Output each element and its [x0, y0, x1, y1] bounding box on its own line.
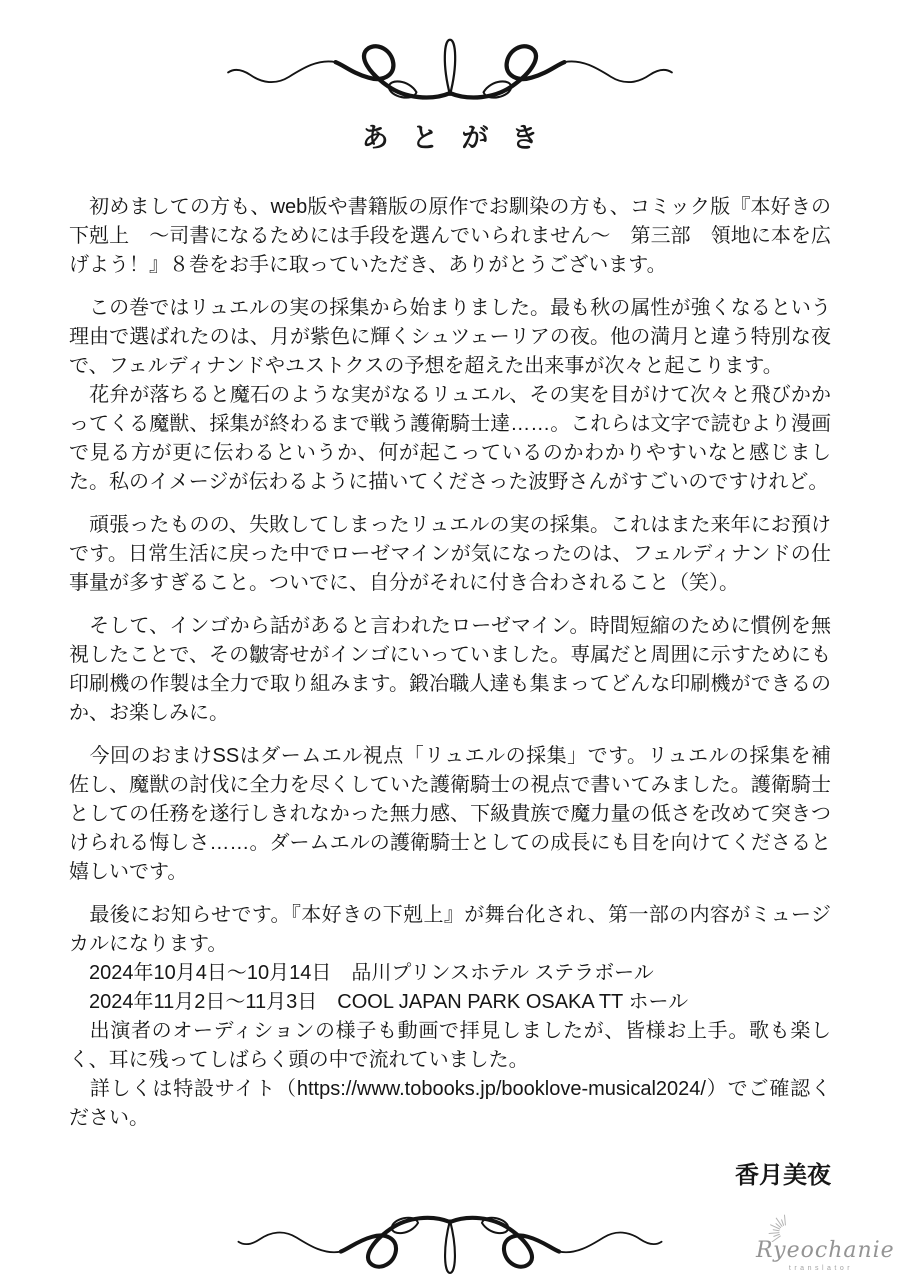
top-flourish-ornament [0, 0, 900, 112]
paragraph: 花弁が落ちると魔石のような実がなるリュエル、その実を目がけて次々と飛びかかってく… [69, 381, 831, 497]
author-name: 香月美夜 [69, 1155, 831, 1190]
paragraph-group: 初めましての方も、web版や書籍版の原作でお馴染の方も、コミック版『本好きの下剋… [69, 193, 831, 280]
flourish-swirl-graphic [215, 26, 685, 112]
paragraph-group: そして、インゴから話があると言われたローゼマイン。時間短縮のために慣例を無視した… [69, 612, 831, 728]
announcement-block: 最後にお知らせです。『本好きの下剋上』が舞台化され、第一部の内容がミュージカルに… [69, 901, 831, 1133]
paragraph: 初めましての方も、web版や書籍版の原作でお馴染の方も、コミック版『本好きの下剋… [69, 193, 831, 280]
flourish-swirl-graphic [225, 1204, 675, 1280]
translator-watermark: Ryeochanie translator [756, 1218, 886, 1272]
paragraph: 出演者のオーディションの様子も動画で拝見しましたが、皆様お上手。歌も楽しく、耳に… [69, 1017, 831, 1075]
paragraph: 最後にお知らせです。『本好きの下剋上』が舞台化され、第一部の内容がミュージカルに… [69, 901, 831, 959]
page-title: あとがき [0, 116, 900, 155]
paragraph: そして、インゴから話があると言われたローゼマイン。時間短縮のために慣例を無視した… [69, 612, 831, 728]
afterword-text: 初めましての方も、web版や書籍版の原作でお馴染の方も、コミック版『本好きの下剋… [69, 193, 831, 1133]
watermark-name: Ryeochanie [756, 1240, 886, 1262]
paragraph: 今回のおまけSSはダームエル視点「リュエルの採集」です。リュエルの採集を補佐し、… [69, 742, 831, 887]
watermark-subtitle: translator [756, 1265, 886, 1272]
paragraph-group: この巻ではリュエルの実の採集から始まりました。最も秋の属性が強くなるという理由で… [69, 294, 831, 497]
sunburst-icon [758, 1202, 798, 1242]
paragraph-group: 頑張ったものの、失敗してしまったリュエルの実の採集。これはまた来年にお預けです。… [69, 511, 831, 598]
special-site-url-line: 詳しくは特設サイト（https://www.tobooks.jp/booklov… [69, 1075, 831, 1133]
afterword-page: あとがき 初めましての方も、web版や書籍版の原作でお馴染の方も、コミック版『本… [0, 0, 900, 1280]
musical-date-osaka: 2024年11月2日～11月3日 COOL JAPAN PARK OSAKA T… [69, 988, 831, 1017]
musical-date-tokyo: 2024年10月4日～10月14日 品川プリンスホテル ステラボール [69, 959, 831, 988]
paragraph-group: 今回のおまけSSはダームエル視点「リュエルの採集」です。リュエルの採集を補佐し、… [69, 742, 831, 887]
paragraph: この巻ではリュエルの実の採集から始まりました。最も秋の属性が強くなるという理由で… [69, 294, 831, 381]
paragraph: 頑張ったものの、失敗してしまったリュエルの実の採集。これはまた来年にお預けです。… [69, 511, 831, 598]
